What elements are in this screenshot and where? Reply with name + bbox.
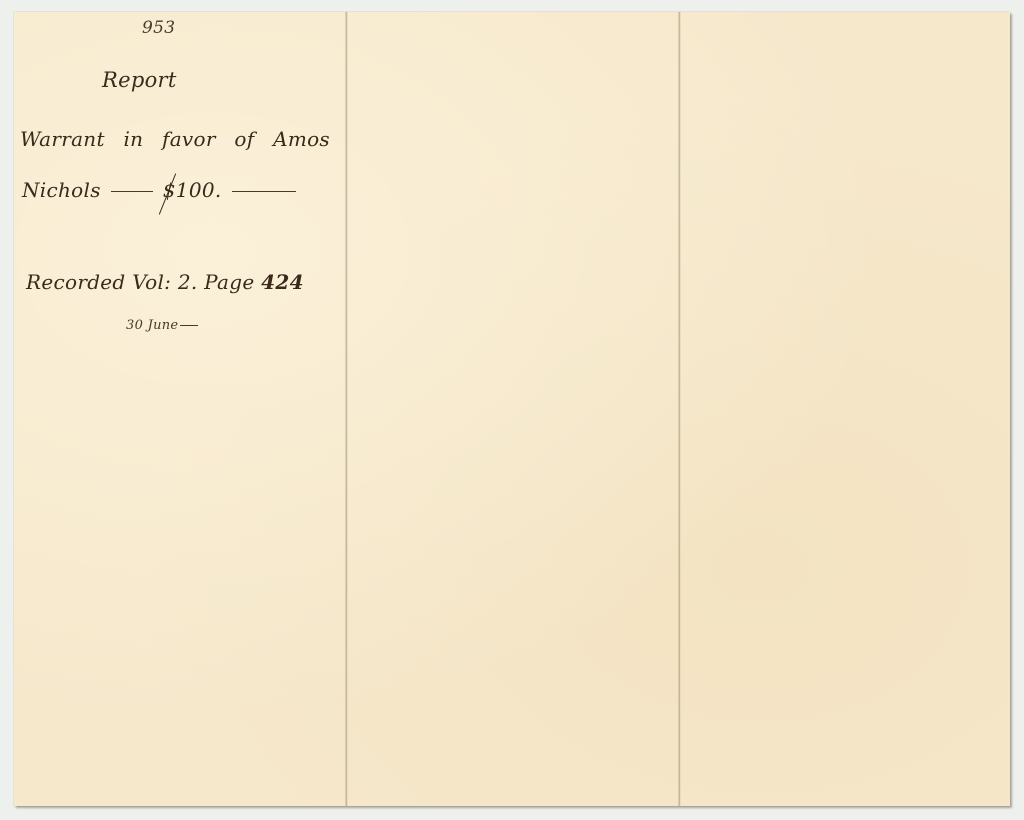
recorded-label: Recorded Vol: 2. Page xyxy=(26,270,255,294)
recorded-date-text: 30 June xyxy=(126,318,178,333)
recorded-date: 30 June xyxy=(126,318,198,333)
payee-name: Nichols xyxy=(22,178,101,202)
document-number: 953 xyxy=(142,18,175,38)
dash-divider xyxy=(111,191,153,192)
dash-divider xyxy=(232,191,296,192)
blank-panel-right xyxy=(680,12,1010,806)
flourish xyxy=(180,325,198,326)
fold-line xyxy=(678,12,681,806)
document-sheet: 953 Report Warrant in favor of Amos Nich… xyxy=(14,12,1010,806)
recorded-note: Recorded Vol: 2. Page 424 xyxy=(26,270,304,294)
blank-panel-middle xyxy=(347,12,680,806)
docket-payee-line: Nichols$100. xyxy=(22,178,306,202)
recorded-page-number: 424 xyxy=(261,270,304,294)
warrant-amount: $100. xyxy=(163,178,222,202)
docket-title: Report xyxy=(102,68,177,92)
docket-panel: 953 Report Warrant in favor of Amos Nich… xyxy=(14,12,347,806)
docket-warrant-line: Warrant in favor of Amos xyxy=(20,127,330,151)
fold-line xyxy=(345,12,348,806)
